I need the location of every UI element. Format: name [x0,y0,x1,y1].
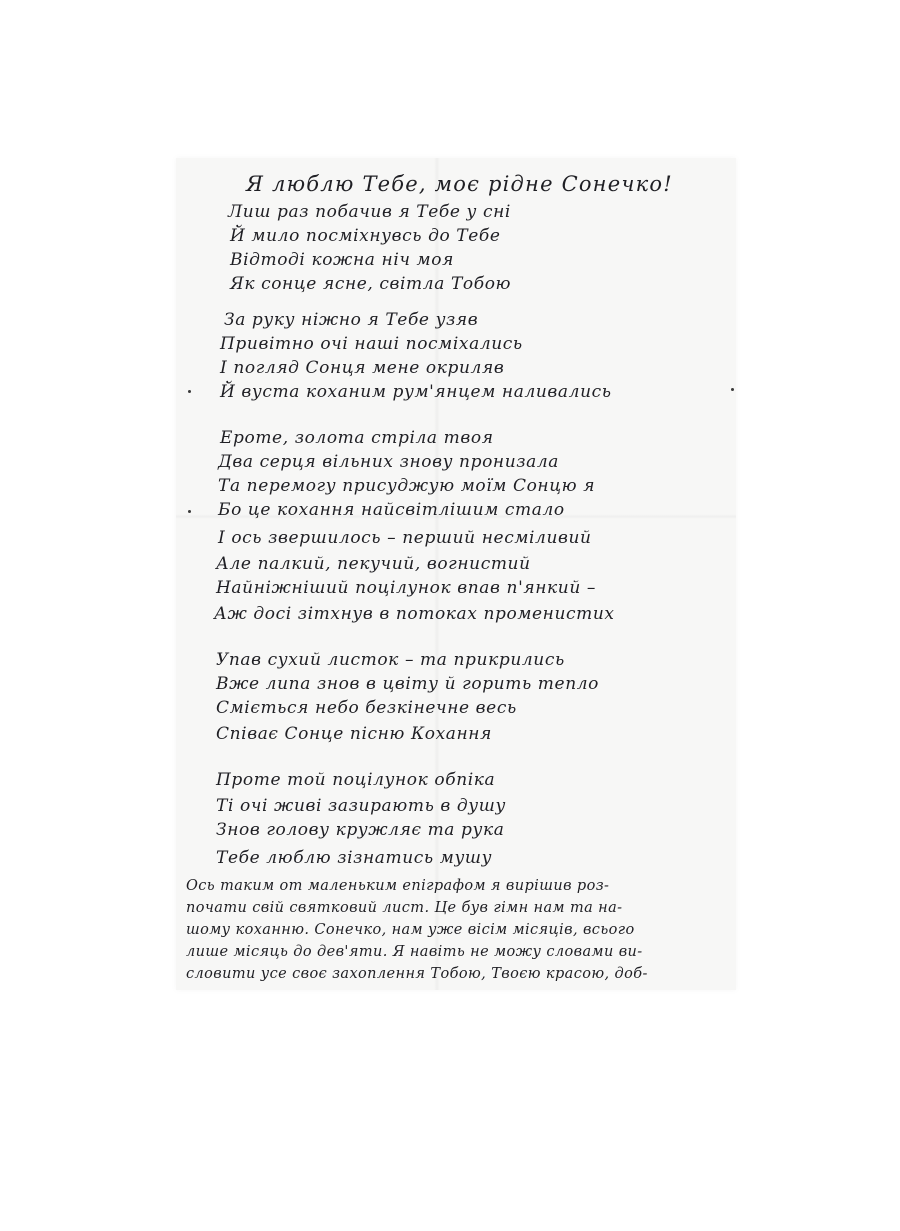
poem-line: Вже липа знов в цвіту й горить тепло [216,674,599,694]
prose-line: словити усе своє захоплення Тобою, Твоєю… [186,966,648,982]
ink-speck [731,388,734,391]
poem-line: Сміється небо безкінечне весь [216,698,517,718]
poem-line: І погляд Сонця мене окриляв [220,358,504,378]
poem-line: За руку ніжно я Тебе узяв [224,310,478,330]
poem-line: Упав сухий листок – та прикрились [216,650,565,670]
poem-line: Та перемогу присуджую моїм Сонцю я [218,476,595,496]
poem-line: Тебе люблю зізнатись мушу [216,848,492,868]
prose-line: Ось таким от маленьким епіграфом я виріш… [186,878,609,894]
poem-line: Ті очі живі зазирають в душу [216,796,506,816]
poem-line: Але палкий, пекучий, вогнистий [216,554,531,574]
letter-paper: Я люблю Тебе, моє рідне Сонечко! Лиш раз… [176,158,736,990]
poem-line: Співає Сонце пісню Кохання [216,724,492,744]
poem-line: Знов голову кружляє та рука [216,820,504,840]
poem-line: Аж досі зітхнув в потоках променистих [214,604,615,624]
poem-line: Лиш раз побачив я Тебе у сні [228,202,511,222]
poem-line: Ероте, золота стріла твоя [220,428,494,448]
poem-line: Проте той поцілунок обпіка [216,770,495,790]
letter-title: Я люблю Тебе, моє рідне Сонечко! [246,172,673,196]
prose-line: шому коханню. Сонечко, нам уже вісім міс… [186,922,635,938]
prose-line: почати свій святковий лист. Це був гімн … [186,900,622,916]
poem-line: Й мило посміхнувсь до Тебе [230,226,501,246]
poem-line: Привітно очі наші посміхались [220,334,523,354]
poem-line: І ось звершилось – перший несміливий [218,528,592,548]
poem-line: Бо це кохання найсвітлішим стало [218,500,565,520]
poem-line: Як сонце ясне, світла Тобою [230,274,511,294]
ink-speck [188,510,191,513]
poem-line: Два серця вільних знову пронизала [218,452,559,472]
prose-line: лише місяць до дев'яти. Я навіть не можу… [186,944,643,960]
poem-line: Й вуста коханим рум'янцем наливались [220,382,612,402]
ink-speck [188,390,191,393]
poem-line: Відтоді кожна ніч моя [230,250,454,270]
poem-line: Найніжніший поцілунок впав п'янкий – [216,578,596,598]
